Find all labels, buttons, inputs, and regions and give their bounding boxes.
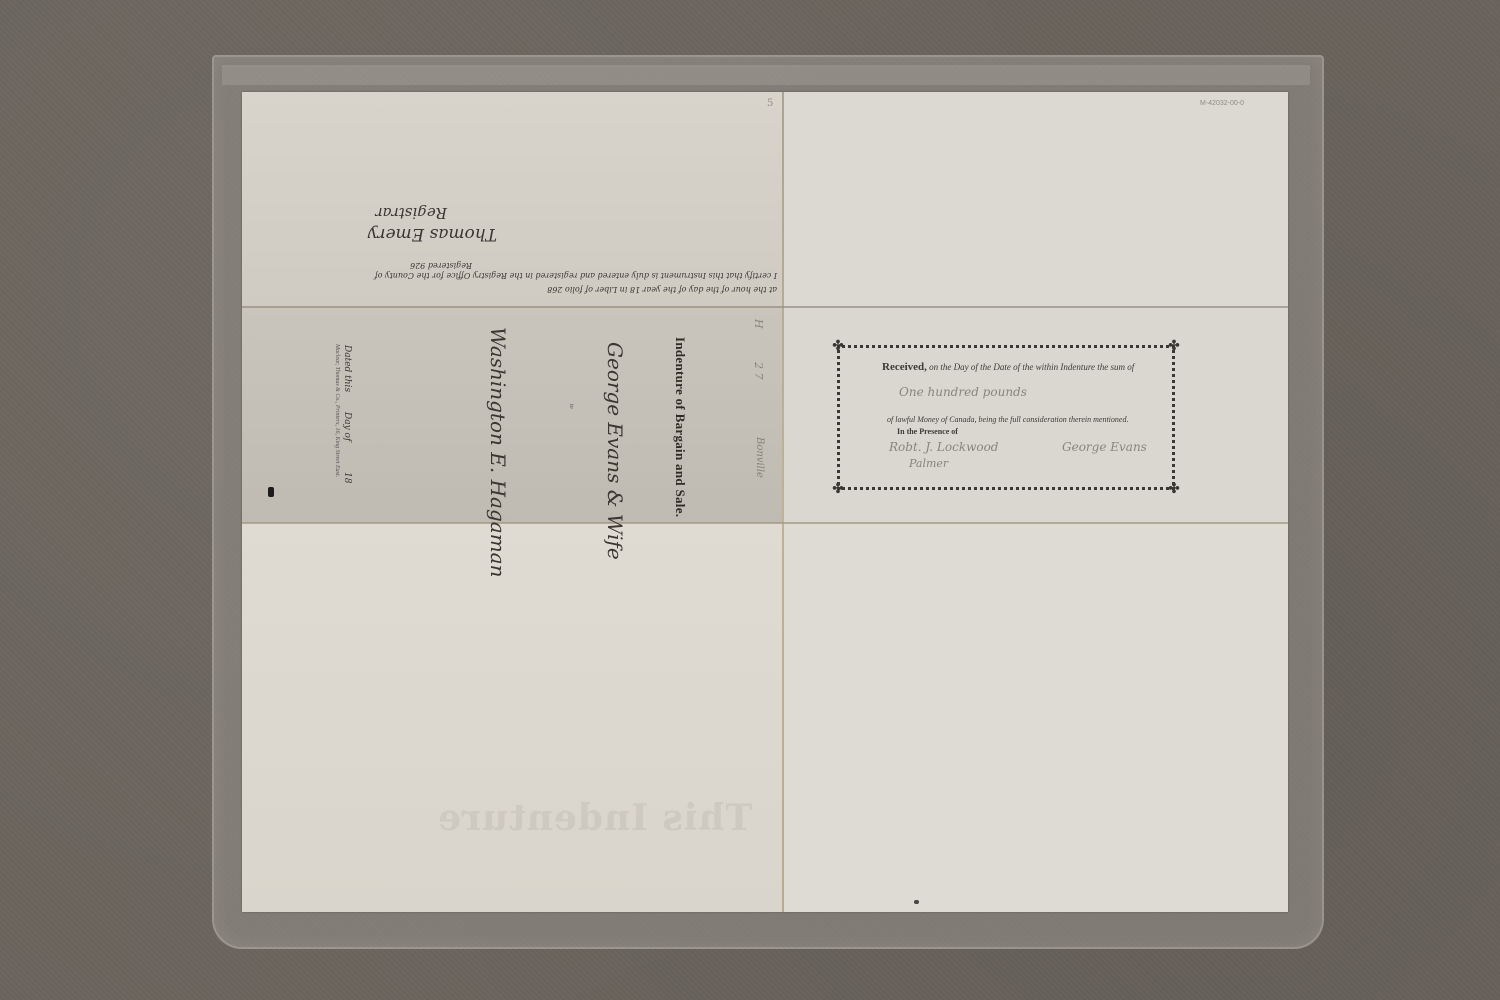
receipt-line-2: of lawful Money of Canada, being the ful… [887, 415, 1128, 424]
receipt-box: ✤ ✤ ✤ ✤ Received, on the Day of the Date… [827, 335, 1185, 500]
registration-certificate-line-2: at the hour of the day of the year 18 in… [547, 285, 777, 294]
printer-imprint: Maclear, Thomas & Co., Printers, 16, Kin… [334, 344, 340, 477]
vertical-fold [782, 92, 784, 912]
corner-ornament-icon: ✤ [831, 339, 845, 353]
signer-signature: George Evans [1062, 440, 1147, 454]
archive-reference-id: M-42032-00-0 [1200, 100, 1244, 107]
corner-ornament-icon: ✤ [831, 482, 845, 496]
sleeve-top-edge [222, 65, 1310, 85]
year-prefix: 18 [342, 472, 352, 483]
deed-document: 5 M-42032-00-0 I certify that this Instr… [242, 92, 1288, 912]
registration-certificate-line-1: I certify that this Instrument is duly e… [375, 271, 777, 280]
grantee-name: Washington E. Hagaman [486, 327, 510, 577]
registrar-signature: Thomas Emery [368, 224, 497, 244]
panel-top-right [783, 92, 1288, 307]
panel-bottom-left [242, 523, 783, 912]
ink-blot [268, 487, 274, 497]
witness-signature: Robt. J. Lockwood [889, 440, 999, 454]
receipt-line-1: Received, on the Day of the Date of the … [882, 361, 1134, 373]
panel-bottom-right [783, 523, 1288, 912]
ink-speck [914, 900, 919, 904]
receipt-amount: One hundred pounds [899, 385, 1027, 399]
horizontal-fold-upper [242, 306, 1288, 308]
receipt-heading: Received, [882, 361, 927, 373]
panel-endorsement [242, 307, 783, 523]
margin-note-2: 2 7 [752, 362, 765, 380]
document-title: Indenture of Bargain and Sale. [672, 337, 688, 517]
day-label: Day of [342, 412, 352, 441]
receipt-text-1: on the Day of the Date of the within Ind… [929, 362, 1134, 372]
witness-signature-line-2: Palmer [909, 457, 948, 470]
corner-ornament-icon: ✤ [1167, 482, 1181, 496]
corner-ornament-icon: ✤ [1167, 339, 1181, 353]
margin-note-3: Bonville [754, 437, 765, 478]
page-number: 5 [767, 98, 773, 109]
dated-label: Dated this [342, 345, 352, 392]
registrar-title: Registrar [375, 204, 447, 222]
margin-note-1: H [752, 319, 765, 329]
registration-note: Registered 926 [410, 261, 472, 270]
horizontal-fold-lower [242, 522, 1288, 524]
grantor-name: George Evans & Wife [603, 342, 627, 560]
to-label: to [568, 404, 574, 409]
bleed-through-title: This Indenture [437, 797, 752, 839]
presence-label: In the Presence of [897, 427, 958, 436]
